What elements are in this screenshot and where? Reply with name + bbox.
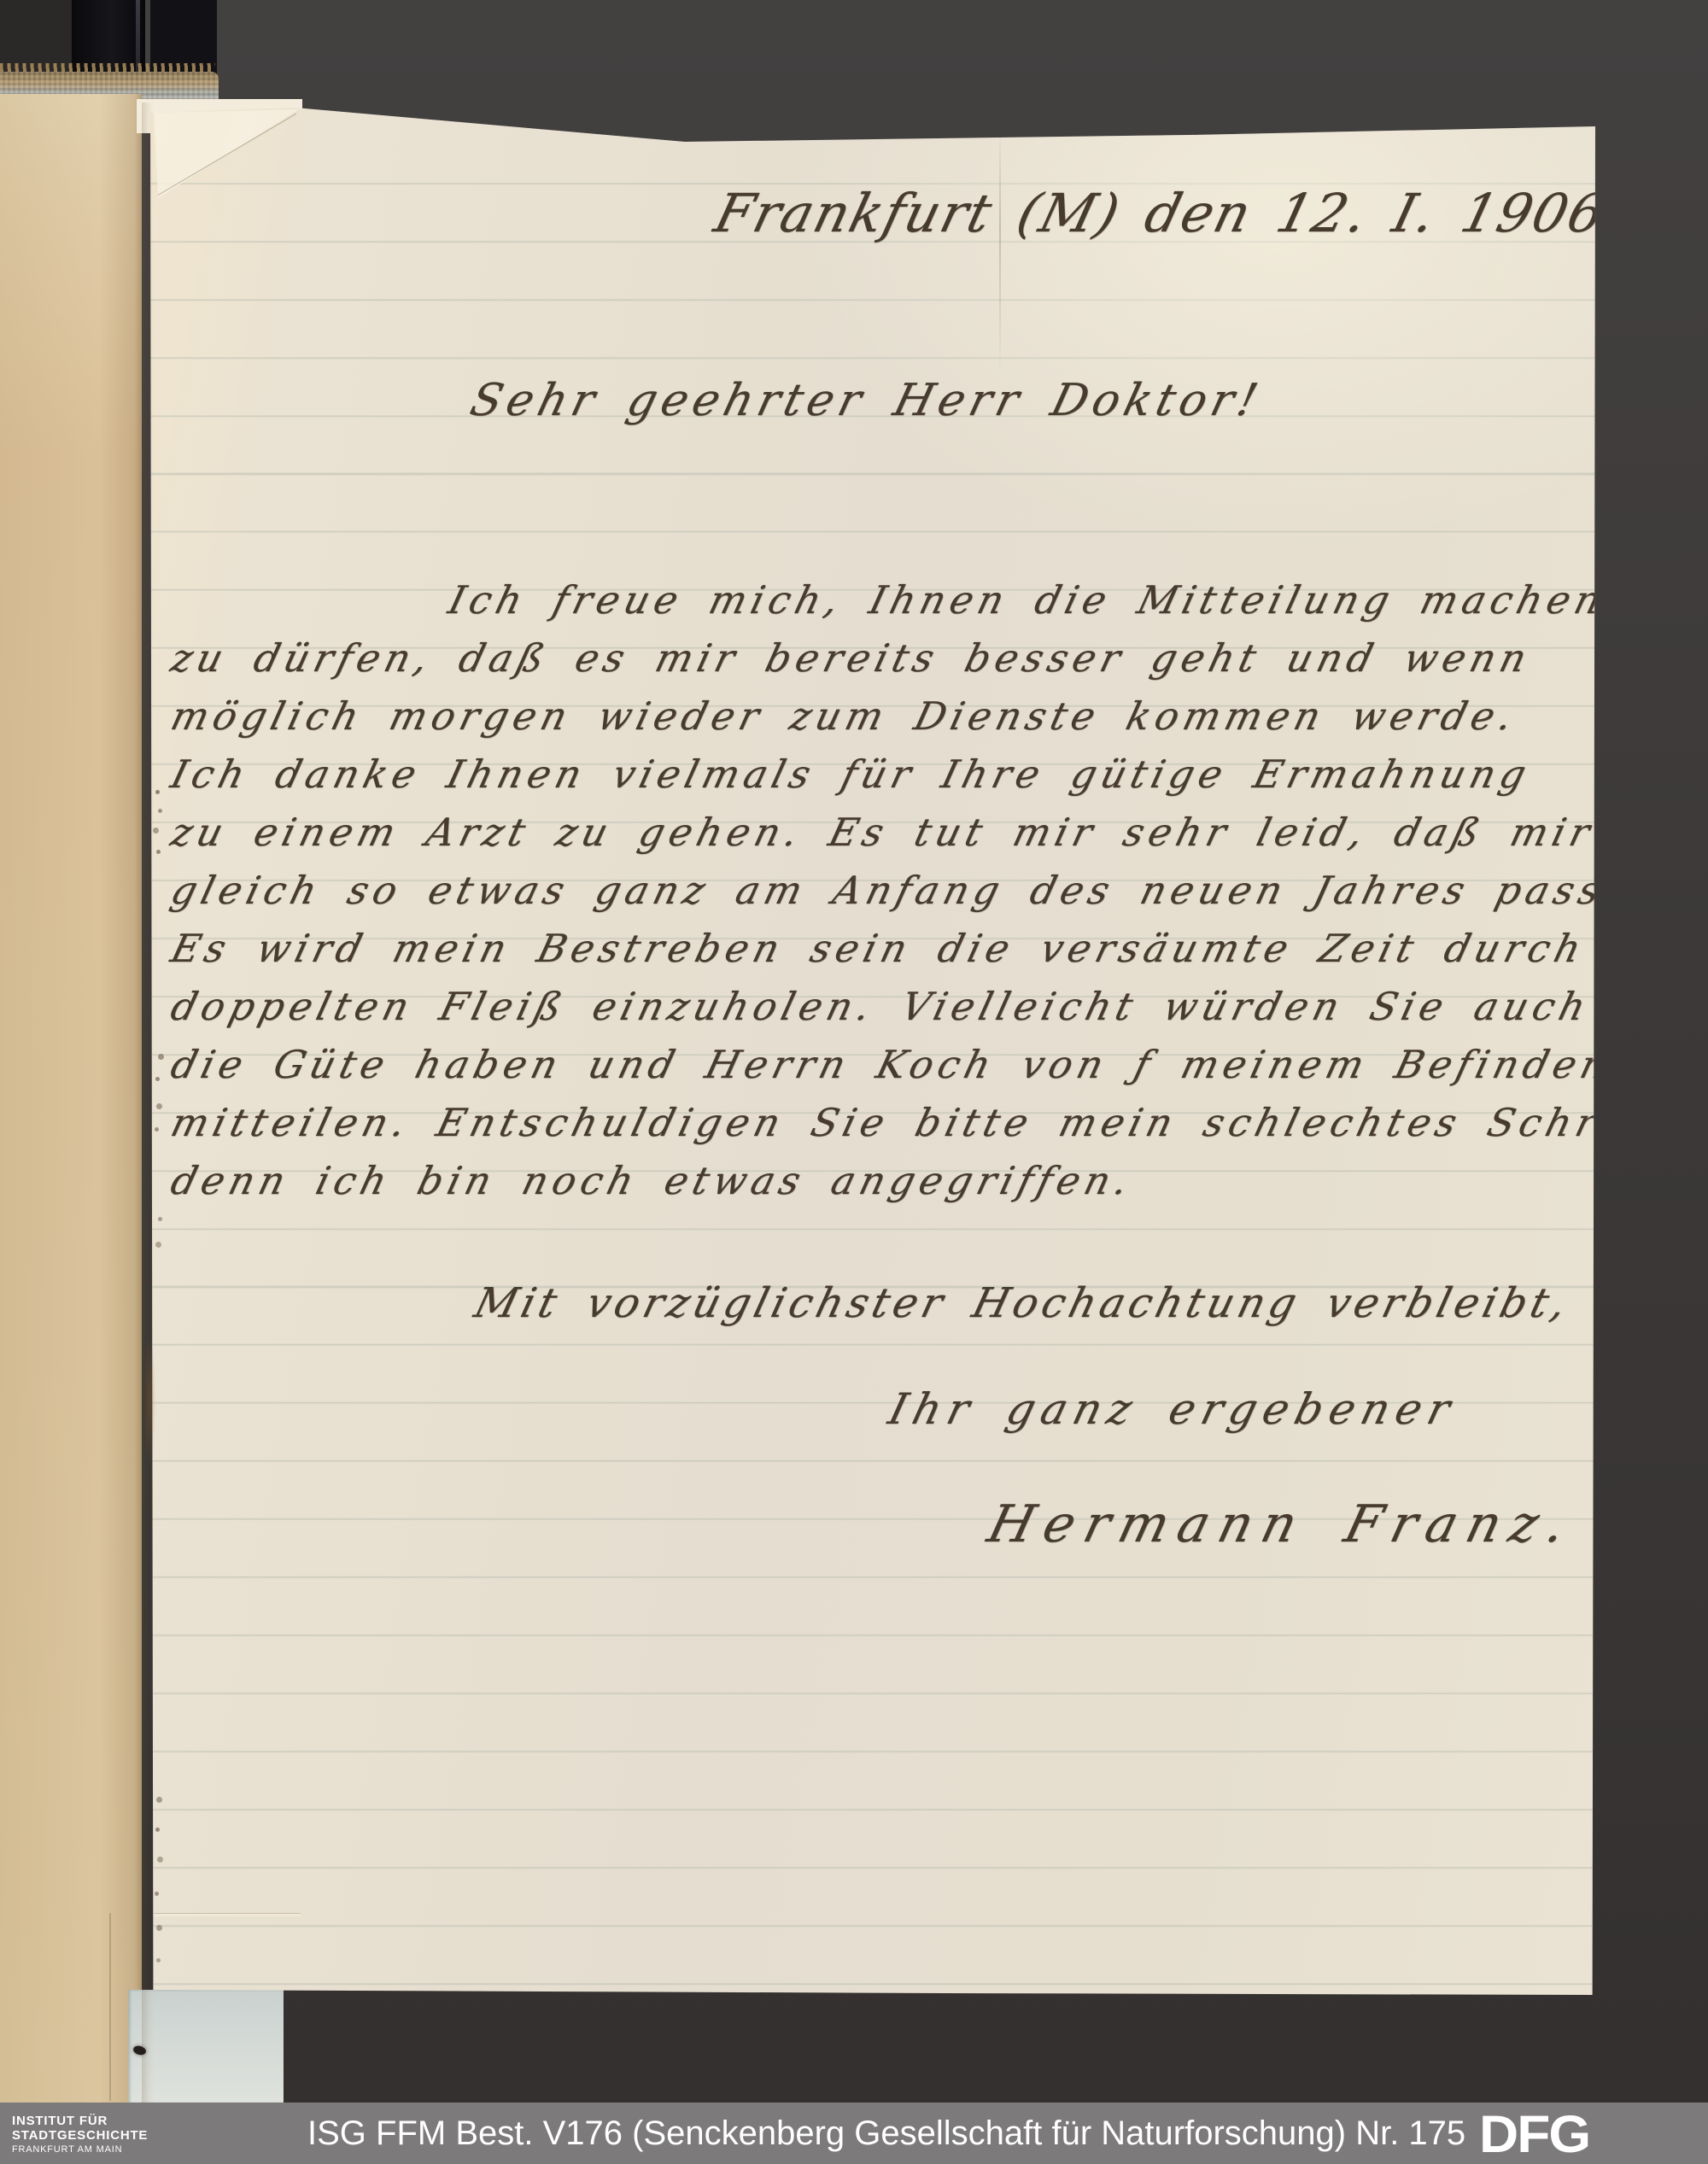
dfg-logo: DFG — [1479, 2104, 1589, 2162]
institute-logo-line2: STADTGESCHICHTE — [12, 2128, 148, 2143]
handwritten-salutation: Sehr geehrter Herr Doktor! — [465, 376, 1267, 425]
left-page-crease — [109, 1913, 111, 2101]
handwritten-body-line: möglich morgen wieder zum Dienste kommen… — [167, 695, 1522, 738]
handwritten-dateline: Frankfurt (M) den 12. I. 1906. — [709, 184, 1630, 243]
handwritten-body-line: mitteilen. Entschuldigen Sie bitte mein … — [167, 1102, 1708, 1144]
handwritten-body-line: doppelten Fleiß einzuholen. Vielleicht w… — [167, 985, 1594, 1028]
handwritten-body-line: zu dürfen, daß es mir bereits besser geh… — [167, 637, 1535, 680]
handwritten-body-line: die Güte haben und Herrn Koch von ƒ mein… — [167, 1044, 1617, 1086]
handwritten-body-line: zu einem Arzt zu gehen. Es tut mir sehr … — [167, 811, 1599, 854]
handwritten-body-line: Ich danke Ihnen vielmals für Ihre gütige… — [167, 753, 1535, 796]
handwritten-body-line: Es wird mein Bestreben sein die versäumt… — [167, 927, 1590, 970]
handwritten-body-line: Ich freue mich, Ihnen die Mitteilung mac… — [444, 579, 1611, 622]
archive-reference: ISG FFM Best. V176 (Senckenberg Gesellsc… — [307, 2103, 1465, 2164]
institute-logo-line3: FRANKFURT AM MAIN — [12, 2144, 148, 2155]
handwritten-closing: Mit vorzüglichster Hochachtung verbleibt… — [470, 1281, 1575, 1327]
institute-logo: INSTITUT FÜR STADTGESCHICHTE FRANKFURT A… — [12, 2114, 148, 2155]
left-page-edge — [0, 94, 142, 2103]
handwriting-layer: Frankfurt (M) den 12. I. 1906. Sehr geeh… — [150, 106, 1595, 1998]
institute-logo-line1: INSTITUT FÜR — [12, 2114, 148, 2128]
handwritten-body-line: gleich so etwas ganz am Anfang des neuen… — [167, 869, 1708, 912]
caption-bar: INSTITUT FÜR STADTGESCHICHTE FRANKFURT A… — [0, 2103, 1708, 2164]
handwritten-body-line: denn ich bin noch etwas angegriffen. — [167, 1160, 1138, 1202]
handwritten-signature: Hermann Franz. — [982, 1496, 1582, 1553]
handwritten-valediction: Ihr ganz ergebener — [884, 1385, 1461, 1433]
archive-scan-page: Frankfurt (M) den 12. I. 1906. Sehr geeh… — [0, 0, 1708, 2164]
